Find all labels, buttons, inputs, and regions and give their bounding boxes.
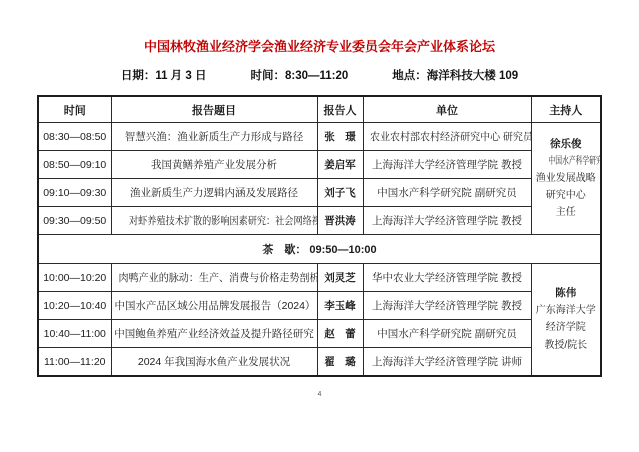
- talk-title-cell: 肉鸭产业的脉动：生产、消费与价格走势剖析: [111, 264, 317, 292]
- host-name: 徐乐俊: [534, 136, 599, 153]
- host-cell: 陈伟 广东海洋大学 经济学院 教授/院长: [531, 264, 601, 377]
- table-row: 08:30—08:50 智慧兴渔：渔业新质生产力形成与路径 张 璟 农业农村部农…: [38, 123, 601, 151]
- meta-line: 日期：11 月 3 日 时间：8:30—11:20 地点：海洋科技大楼 109: [0, 67, 639, 83]
- table-row: 11:00—11:20 2024 年我国海水鱼产业发展状况 翟 璐 上海海洋大学…: [38, 348, 601, 377]
- affiliation-cell: 上海海洋大学经济管理学院 教授: [363, 292, 531, 320]
- table-row: 09:30—09:50 对虾养殖技术扩散的影响因素研究：社会网络视角 晋洪涛 上…: [38, 207, 601, 235]
- header-row: 时间 报告题目 报告人 单位 主持人: [38, 96, 601, 123]
- talk-title-cell: 智慧兴渔：渔业新质生产力形成与路径: [111, 123, 317, 151]
- host-affiliation-line: 研究中心: [534, 187, 599, 204]
- speaker-cell: 刘子飞: [317, 179, 363, 207]
- talk-title-cell: 渔业新质生产力逻辑内涵及发展路径: [111, 179, 317, 207]
- affiliation-cell: 农业农村部农村经济研究中心 研究员: [363, 123, 531, 151]
- table-row: 10:40—11:00 中国鲍鱼养殖产业经济效益及提升路径研究 赵 蕾 中国水产…: [38, 320, 601, 348]
- host-affiliation-line: 经济学院: [534, 319, 599, 336]
- time-cell: 08:30—08:50: [38, 123, 111, 151]
- affiliation-cell: 上海海洋大学经济管理学院 讲师: [363, 348, 531, 377]
- time-cell: 10:40—11:00: [38, 320, 111, 348]
- col-header-time: 时间: [38, 96, 111, 123]
- time-cell: 09:10—09:30: [38, 179, 111, 207]
- host-cell: 徐乐俊 中国水产科学研究院 渔业发展战略 研究中心 主任: [531, 123, 601, 235]
- talk-title-cell: 2024 年我国海水鱼产业发展状况: [111, 348, 317, 377]
- host-title-line: 主任: [534, 204, 599, 221]
- talk-title-cell: 中国鲍鱼养殖产业经济效益及提升路径研究: [111, 320, 317, 348]
- affiliation-cell: 中国水产科学研究院 副研究员: [363, 320, 531, 348]
- time-cell: 09:30—09:50: [38, 207, 111, 235]
- time-cell: 08:50—09:10: [38, 151, 111, 179]
- tea-break-label: 茶 歇： 09:50—10:00: [38, 235, 601, 264]
- time-cell: 10:00—10:20: [38, 264, 111, 292]
- host-affiliation-line: 中国水产科学研究院: [534, 153, 599, 170]
- table-row: 10:20—10:40 中国水产品区域公用品牌发展报告（2024） 李玉峰 上海…: [38, 292, 601, 320]
- affiliation-cell: 华中农业大学经济管理学院 教授: [363, 264, 531, 292]
- speaker-cell: 晋洪涛: [317, 207, 363, 235]
- page-number: 4: [0, 391, 639, 398]
- tea-break-row: 茶 歇： 09:50—10:00: [38, 235, 601, 264]
- speaker-cell: 姜启军: [317, 151, 363, 179]
- speaker-cell: 赵 蕾: [317, 320, 363, 348]
- time-cell: 10:20—10:40: [38, 292, 111, 320]
- host-affiliation-line: 渔业发展战略: [534, 170, 599, 187]
- time-cell: 11:00—11:20: [38, 348, 111, 377]
- table-row: 08:50—09:10 我国黄鳝养殖产业发展分析 姜启军 上海海洋大学经济管理学…: [38, 151, 601, 179]
- speaker-cell: 张 璟: [317, 123, 363, 151]
- schedule-table: 时间 报告题目 报告人 单位 主持人 08:30—08:50 智慧兴渔：渔业新质…: [37, 95, 602, 377]
- col-header-host: 主持人: [531, 96, 601, 123]
- speaker-cell: 翟 璐: [317, 348, 363, 377]
- page-title: 中国林牧渔业经济学会渔业经济专业委员会年会产业体系论坛: [0, 36, 639, 55]
- meta-location: 地点：海洋科技大楼 109: [392, 67, 518, 83]
- host-title-line: 教授/院长: [534, 337, 599, 354]
- host-affiliation-line: 广东海洋大学: [534, 302, 599, 319]
- talk-title-cell: 中国水产品区域公用品牌发展报告（2024）: [111, 292, 317, 320]
- schedule-table-wrap: 时间 报告题目 报告人 单位 主持人 08:30—08:50 智慧兴渔：渔业新质…: [37, 95, 600, 377]
- table-row: 09:10—09:30 渔业新质生产力逻辑内涵及发展路径 刘子飞 中国水产科学研…: [38, 179, 601, 207]
- affiliation-cell: 中国水产科学研究院 副研究员: [363, 179, 531, 207]
- col-header-title: 报告题目: [111, 96, 317, 123]
- table-row: 10:00—10:20 肉鸭产业的脉动：生产、消费与价格走势剖析 刘灵芝 华中农…: [38, 264, 601, 292]
- talk-title-cell: 我国黄鳝养殖产业发展分析: [111, 151, 317, 179]
- host-name: 陈伟: [534, 285, 599, 302]
- talk-title-cell: 对虾养殖技术扩散的影响因素研究：社会网络视角: [111, 207, 317, 235]
- col-header-speaker: 报告人: [317, 96, 363, 123]
- speaker-cell: 李玉峰: [317, 292, 363, 320]
- speaker-cell: 刘灵芝: [317, 264, 363, 292]
- affiliation-cell: 上海海洋大学经济管理学院 教授: [363, 151, 531, 179]
- affiliation-cell: 上海海洋大学经济管理学院 教授: [363, 207, 531, 235]
- meta-time: 时间：8:30—11:20: [250, 67, 348, 83]
- meta-date: 日期：11 月 3 日: [121, 67, 207, 83]
- col-header-affiliation: 单位: [363, 96, 531, 123]
